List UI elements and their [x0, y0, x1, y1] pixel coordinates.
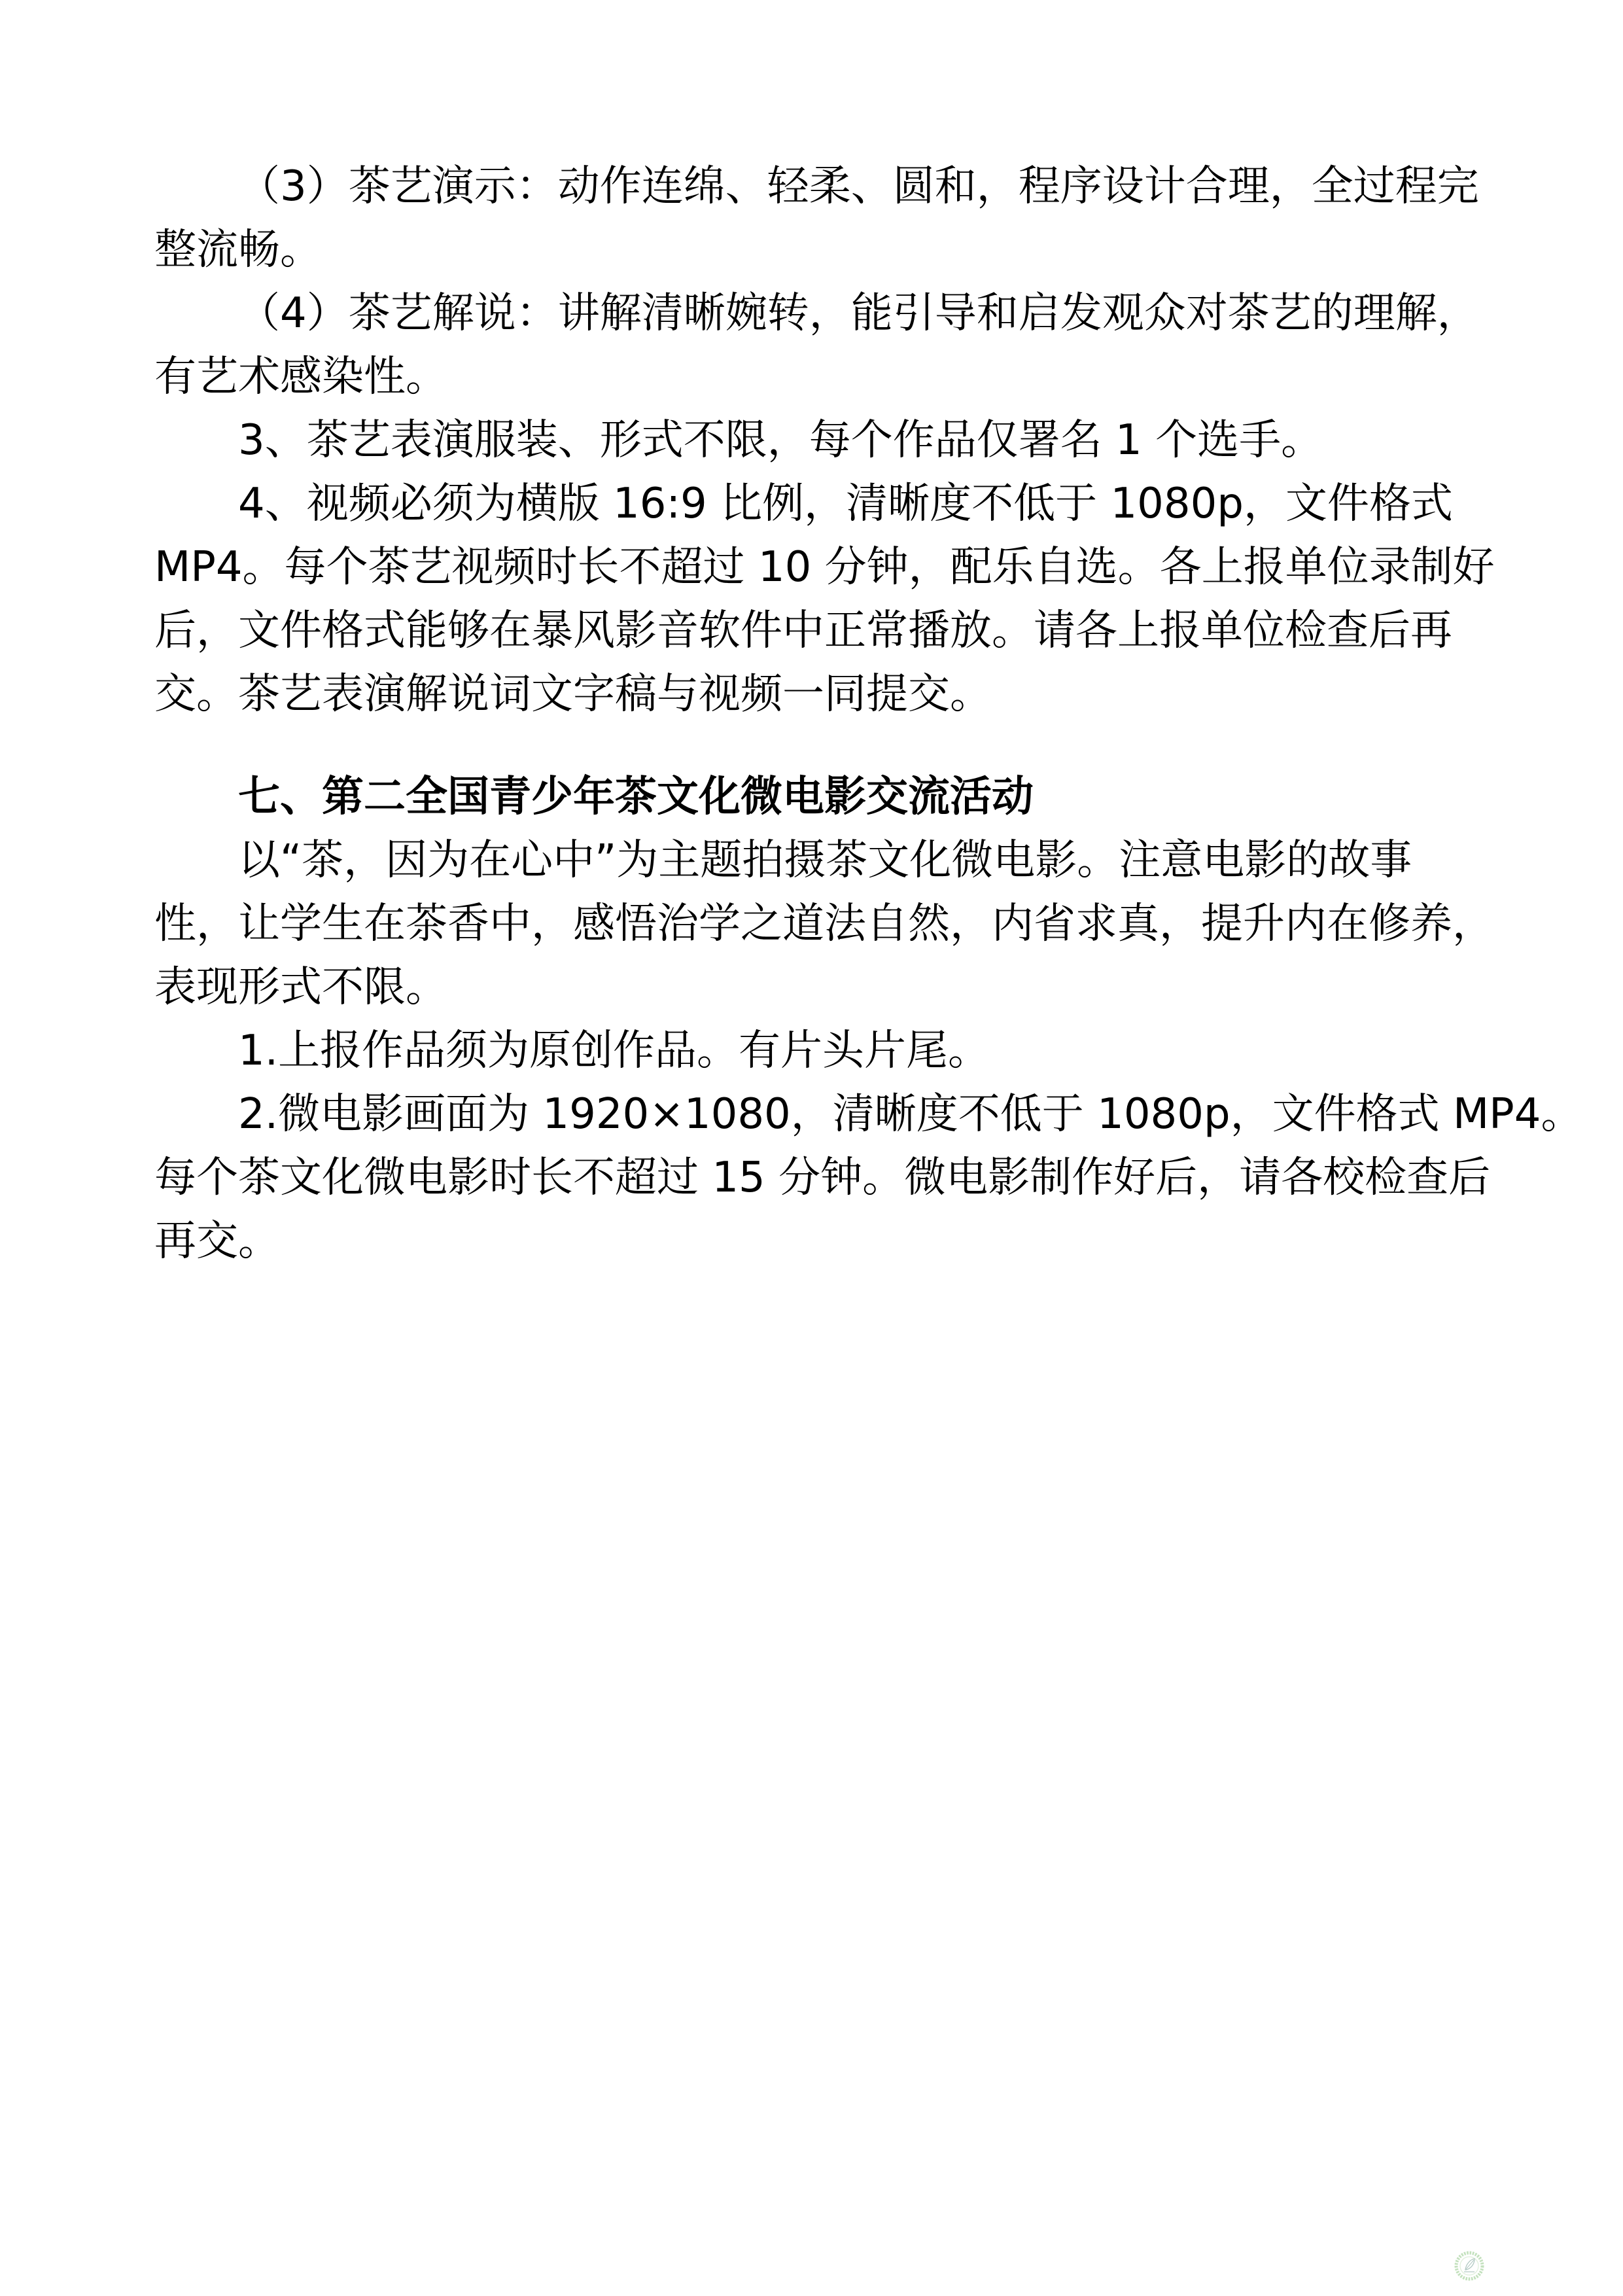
text-line: 4、视频必须为横版 16:9 比例，清晰度不低于 1080p，文件格式	[154, 472, 1469, 536]
document-page: （3）茶艺演示：动作连绵、轻柔、圆和，程序设计合理，全过程完 整流畅。 （4）茶…	[0, 0, 1623, 2296]
text-line: 2.微电影画面为 1920×1080，清晰度不低于 1080p，文件格式 MP4…	[154, 1083, 1469, 1146]
text-line: MP4。每个茶艺视频时长不超过 10 分钟，配乐自选。各上报单位录制好	[154, 536, 1469, 599]
text-line: 1.上报作品须为原创作品。有片头片尾。	[154, 1019, 1469, 1083]
text-line: （3）茶艺演示：动作连绵、轻柔、圆和，程序设计合理，全过程完	[154, 155, 1469, 219]
text-line: 表现形式不限。	[154, 956, 1469, 1019]
text-line: 交。茶艺表演解说词文字稿与视频一同提交。	[154, 663, 1469, 726]
text-line: 3、茶艺表演服装、形式不限，每个作品仅署名 1 个选手。	[154, 409, 1469, 472]
text-line: 再交。	[154, 1210, 1469, 1273]
text-line: 整流畅。	[154, 219, 1469, 282]
text-line: 性，让学生在茶香中，感悟治学之道法自然，内省求真，提升内在修养，	[154, 892, 1469, 956]
leaf-seal-icon	[1453, 2250, 1486, 2282]
section-heading: 七、第二全国青少年茶文化微电影交流活动	[154, 766, 1469, 829]
text-line: 以“茶，因为在心中”为主题拍摄茶文化微电影。注意电影的故事	[154, 829, 1469, 892]
text-line: 后，文件格式能够在暴风影音软件中正常播放。请各上报单位检查后再	[154, 599, 1469, 663]
seal-inner-ring	[1460, 2257, 1478, 2275]
text-line: （4）茶艺解说：讲解清晰婉转，能引导和启发观众对茶艺的理解，	[154, 282, 1469, 345]
text-line: 有艺术感染性。	[154, 345, 1469, 409]
document-body: （3）茶艺演示：动作连绵、轻柔、圆和，程序设计合理，全过程完 整流畅。 （4）茶…	[154, 155, 1469, 1273]
text-line: 每个茶文化微电影时长不超过 15 分钟。微电影制作好后，请各校检查后	[154, 1146, 1469, 1210]
